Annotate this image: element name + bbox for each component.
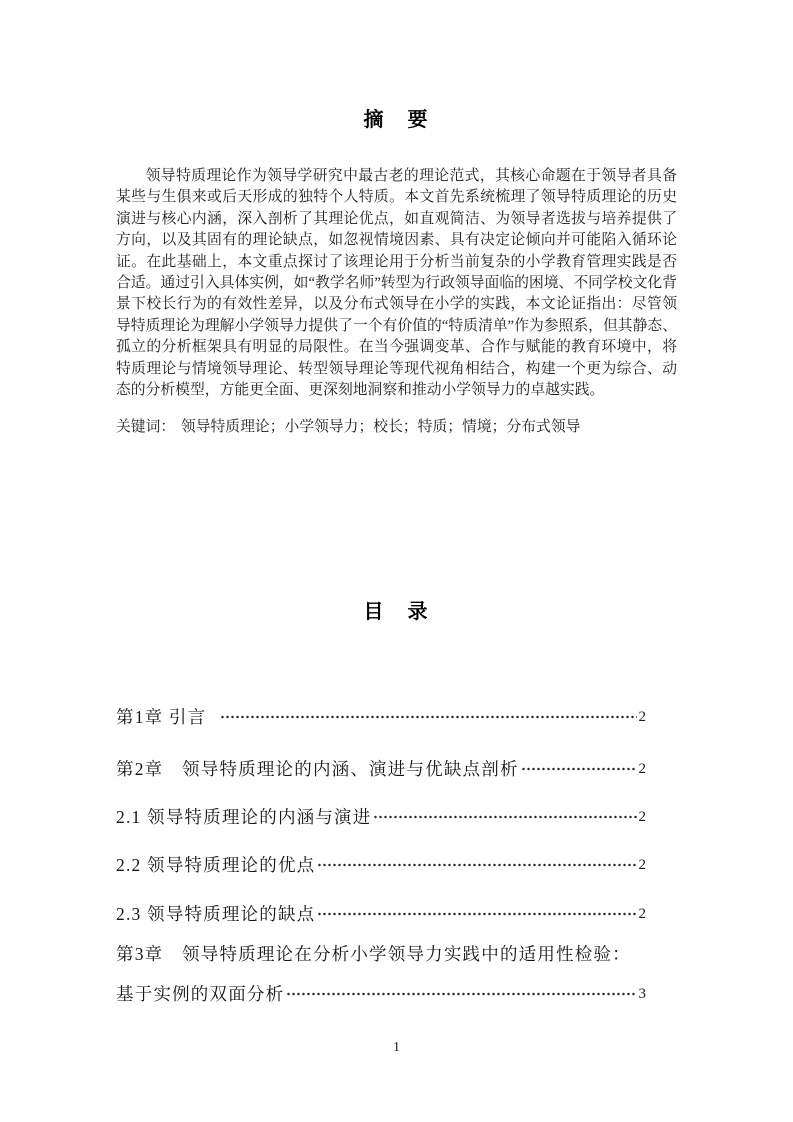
toc-leader-dots: [521, 757, 637, 781]
toc-entry-text: 第2章 领导特质理论的内涵、演进与优缺点剖析: [116, 757, 519, 781]
toc-entry: 2.1 领导特质理论的内涵与演进 2: [116, 805, 646, 829]
keywords-label: 关键词：: [116, 419, 175, 435]
keywords-text: 领导特质理论；小学领导力；校长；特质；情境；分布式领导: [181, 419, 581, 435]
toc-title: 目 录: [0, 598, 793, 626]
toc-entry: 第2章 领导特质理论的内涵、演进与优缺点剖析 2: [116, 757, 646, 781]
toc-leader-dots: [373, 805, 636, 829]
toc-entry-text: 2.1 领导特质理论的内涵与演进: [116, 805, 371, 829]
toc-leader-dots: [220, 705, 636, 729]
toc-leader-dots: [317, 853, 636, 877]
toc-entry: 第3章 领导特质理论在分析小学领导力实践中的适用性检验：: [116, 942, 646, 966]
toc-entry-text: 第1章 引言: [116, 705, 206, 729]
abstract-title: 摘 要: [0, 106, 793, 134]
toc-page-number: 2: [639, 757, 647, 781]
toc-list: 第1章 引言 2 第2章 领导特质理论的内涵、演进与优缺点剖析 2 2.1 领导…: [116, 700, 646, 1006]
footer-page-number: 1: [0, 1040, 793, 1056]
toc-entry-text: 基于实例的双面分析: [116, 982, 284, 1006]
toc-entry-text: 2.2 领导特质理论的优点: [116, 853, 315, 877]
toc-leader-dots: [317, 902, 636, 926]
toc-entry: 2.3 领导特质理论的缺点 2: [116, 902, 646, 926]
toc-entry-text: 第3章 领导特质理论在分析小学领导力实践中的适用性检验：: [116, 942, 631, 966]
toc-page-number: 3: [639, 982, 647, 1006]
toc-entry-text: 2.3 领导特质理论的缺点: [116, 902, 315, 926]
toc-entry: 第1章 引言 2: [116, 705, 646, 729]
toc-page-number: 2: [639, 853, 647, 877]
document-page: 摘 要 领导特质理论作为领导学研究中最古老的理论范式，其核心命题在于领导者具备某…: [0, 0, 793, 1122]
toc-page-number: 2: [639, 705, 647, 729]
toc-entry-continuation: 基于实例的双面分析 3: [116, 982, 646, 1006]
toc-page-number: 2: [639, 805, 647, 829]
keywords-line: 关键词： 领导特质理论；小学领导力；校长；特质；情境；分布式领导: [116, 417, 736, 438]
toc-entry: 2.2 领导特质理论的优点 2: [116, 853, 646, 877]
toc-leader-dots: [286, 982, 636, 1006]
toc-page-number: 2: [639, 902, 647, 926]
abstract-paragraph: 领导特质理论作为领导学研究中最古老的理论范式，其核心命题在于领导者具备某些与生俱…: [116, 166, 677, 401]
